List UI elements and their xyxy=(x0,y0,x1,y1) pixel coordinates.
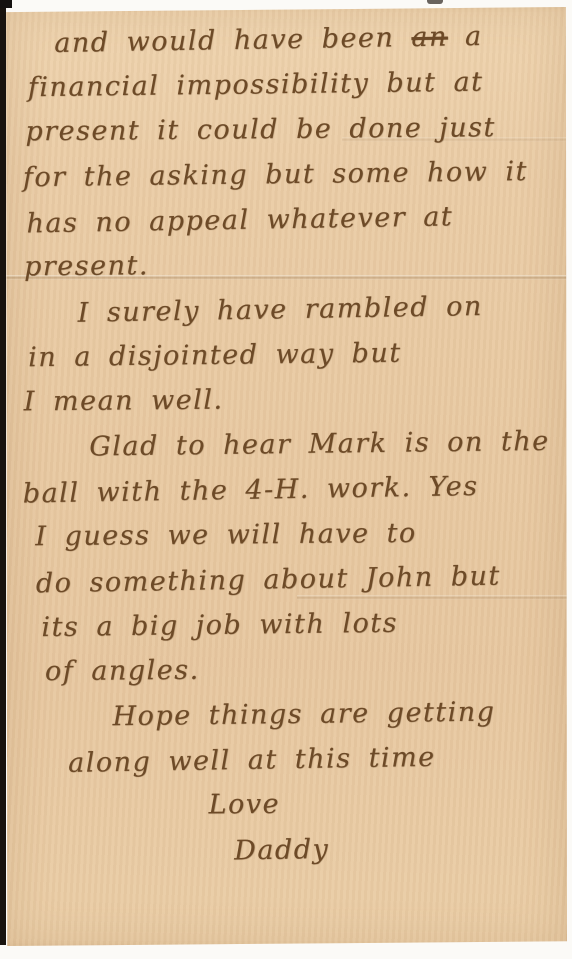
letter-line: present. xyxy=(24,240,570,290)
signature-daddy: Daddy xyxy=(234,823,572,874)
letter-line: do something about John but xyxy=(36,552,572,606)
letter-line-text: and would have been xyxy=(54,22,412,59)
letter-line: its a big job with lots xyxy=(41,599,572,651)
letter-line: I guess we will have to xyxy=(35,510,572,560)
letter-line: for the asking but some how it xyxy=(23,149,570,201)
scanned-letter: www.genealogylady.net and would have bee… xyxy=(0,0,572,959)
closing-love: Love xyxy=(208,779,572,827)
scanner-edge-shadow xyxy=(0,0,6,945)
strikethrough-word: an xyxy=(411,21,448,53)
letter-line: ball with the 4-H. work. Yes xyxy=(22,462,572,516)
scan-artifact-mark xyxy=(427,0,443,4)
letter-line: along well at this time xyxy=(68,732,572,785)
scanner-corner-mark xyxy=(0,0,12,8)
letter-line: Hope things are getting xyxy=(112,689,572,740)
letter-line: and would have been an a xyxy=(54,13,568,66)
letter-line: present it could be done just xyxy=(25,105,568,155)
letter-line: has no appeal whatever at xyxy=(26,192,570,246)
letter-paper: www.genealogylady.net and would have bee… xyxy=(5,7,567,946)
letter-line: of angles. xyxy=(45,644,572,694)
letter-line: I surely have rambled on xyxy=(77,283,571,336)
letter-line-text: a xyxy=(448,21,483,53)
letter-body: and would have been an a financial impos… xyxy=(5,14,572,876)
letter-line: financial impossibility but at xyxy=(28,59,569,111)
letter-line: in a disjointed way but xyxy=(28,329,572,381)
letter-line: I mean well. xyxy=(23,375,571,425)
letter-line: Glad to hear Mark is on the xyxy=(89,419,572,470)
